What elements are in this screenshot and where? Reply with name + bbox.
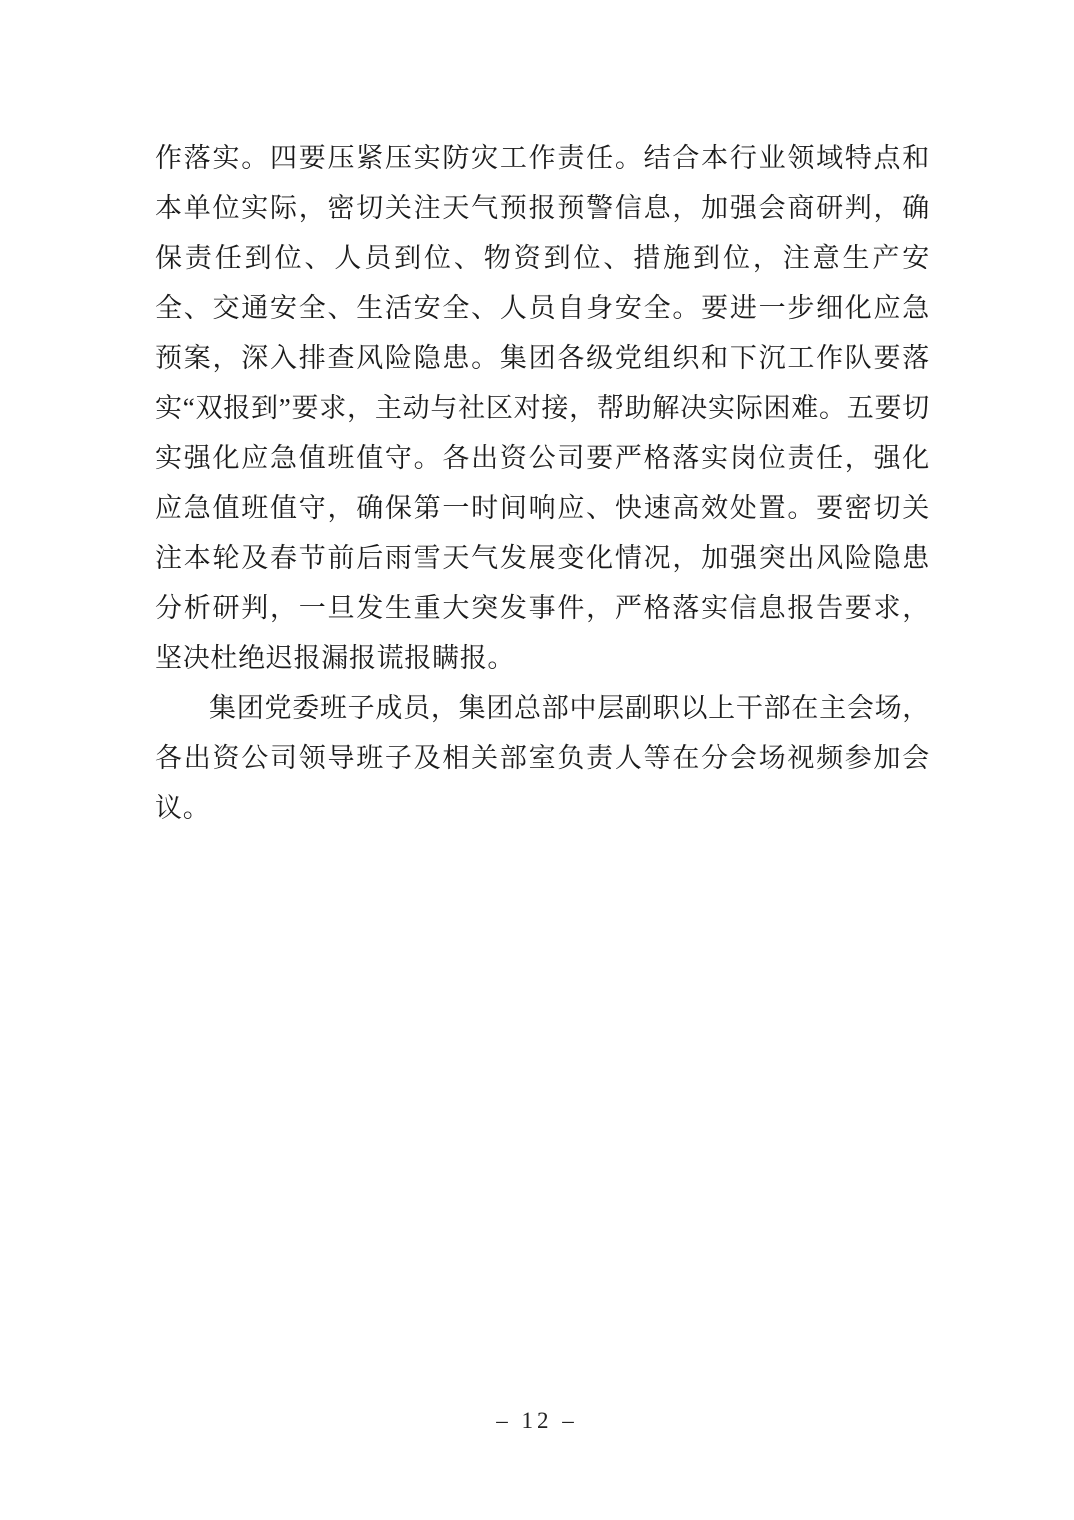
page-number: – 12 – (0, 1408, 1074, 1434)
document-page: 作落实。四要压紧压实防灾工作责任。结合本行业领域特点和本单位实际，密切关注天气预… (0, 0, 1074, 1520)
paragraph-attendees: 集团党委班子成员，集团总部中层副职以上干部在主会场，各出资公司领导班子及相关部室… (155, 683, 930, 833)
paragraph-continued: 作落实。四要压紧压实防灾工作责任。结合本行业领域特点和本单位实际，密切关注天气预… (155, 133, 930, 683)
text-block: 作落实。四要压紧压实防灾工作责任。结合本行业领域特点和本单位实际，密切关注天气预… (155, 133, 930, 833)
